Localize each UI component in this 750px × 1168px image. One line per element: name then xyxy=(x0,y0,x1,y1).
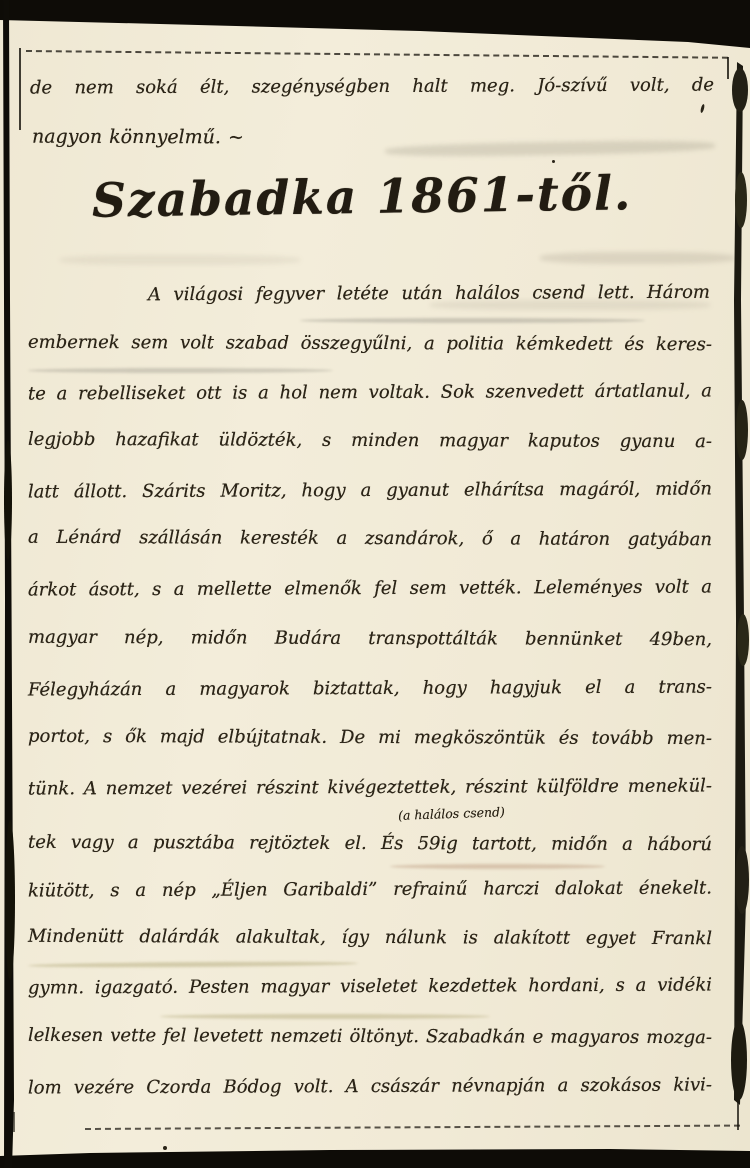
manuscript-line: A világosi fegyver letéte után halálos c… xyxy=(148,282,710,312)
scanned-manuscript-page: de nem soká élt, szegénységben halt meg.… xyxy=(0,0,750,1168)
inner-frame-top xyxy=(26,50,728,59)
manuscript-line: te a rebelliseket ott is a hol nem volta… xyxy=(28,381,712,412)
manuscript-line: de nem soká élt, szegénységben halt meg.… xyxy=(30,75,714,106)
scan-border-blob xyxy=(731,1020,747,1100)
pencil-underline xyxy=(160,1014,490,1019)
ink-speck xyxy=(552,160,555,163)
pencil-underline xyxy=(28,961,358,968)
scan-border-top xyxy=(0,0,750,48)
pencil-underline xyxy=(28,368,333,373)
manuscript-line: Félegyházán a magyarok biztattak, hogy h… xyxy=(28,677,712,708)
scan-border-blob xyxy=(732,68,748,112)
pencil-underline xyxy=(300,318,645,323)
scan-border-blob xyxy=(4,440,12,560)
scan-border-right xyxy=(734,62,746,1105)
manuscript-line: tünk. A nemzet vezérei részint kivégezte… xyxy=(28,776,712,807)
section-title: Szabadka 1861-től. xyxy=(92,166,633,229)
scan-border-blob xyxy=(5,820,15,980)
manuscript-line: árkot ásott, s a mellette elmenők fel se… xyxy=(28,577,712,608)
manuscript-line: magyar nép, midőn Budára transpottálták … xyxy=(28,627,712,657)
inner-frame-left-bracket xyxy=(19,48,21,130)
manuscript-line: lelkesen vette fel levetett nemzeti öltö… xyxy=(28,1025,712,1055)
bleed-through-smudge xyxy=(385,139,715,158)
manuscript-line: kiütött, s a nép „Éljen Garibaldi” refra… xyxy=(28,878,712,909)
manuscript-line: a Lénárd szállásán keresték a zsandárok,… xyxy=(28,527,712,557)
inner-frame-bottom-right-bracket xyxy=(737,1096,739,1130)
scan-border-blob xyxy=(735,172,747,228)
manuscript-line: legjobb hazafikat üldözték, s minden mag… xyxy=(28,429,712,459)
manuscript-line: embernek sem volt szabad összegyűlni, a … xyxy=(28,332,712,362)
manuscript-line: latt állott. Szárits Moritz, hogy a gyan… xyxy=(28,479,712,510)
manuscript-line: tek vagy a pusztába rejtöztek el. És 59i… xyxy=(28,832,712,862)
manuscript-line: gymn. igazgató. Pesten magyar viseletet … xyxy=(28,975,712,1006)
manuscript-line: nagyon könnyelmű. ~ xyxy=(32,126,244,149)
bleed-through-smudge xyxy=(60,255,300,265)
interlinear-note: (a halálos csend) xyxy=(398,804,505,823)
scan-border-bottom xyxy=(0,1149,750,1168)
manuscript-line: lom vezére Czorda Bódog volt. A császár … xyxy=(28,1075,712,1106)
bleed-through-smudge xyxy=(540,252,735,264)
ink-speck xyxy=(163,1146,167,1150)
scan-border-left xyxy=(3,0,14,1168)
ink-speck xyxy=(700,104,705,113)
inner-frame-right-hook xyxy=(727,57,729,79)
inner-frame-bottom-left-tick xyxy=(13,1112,15,1132)
scan-border-blob xyxy=(736,400,748,460)
manuscript-line: portot, s ők majd elbújtatnak. De mi meg… xyxy=(28,726,712,756)
manuscript-line: Mindenütt dalárdák alakultak, így nálunk… xyxy=(28,926,712,956)
scan-border-blob xyxy=(737,614,749,666)
scan-border-blob xyxy=(735,846,749,914)
inner-frame-bottom xyxy=(85,1125,740,1130)
pencil-underline xyxy=(390,864,605,869)
